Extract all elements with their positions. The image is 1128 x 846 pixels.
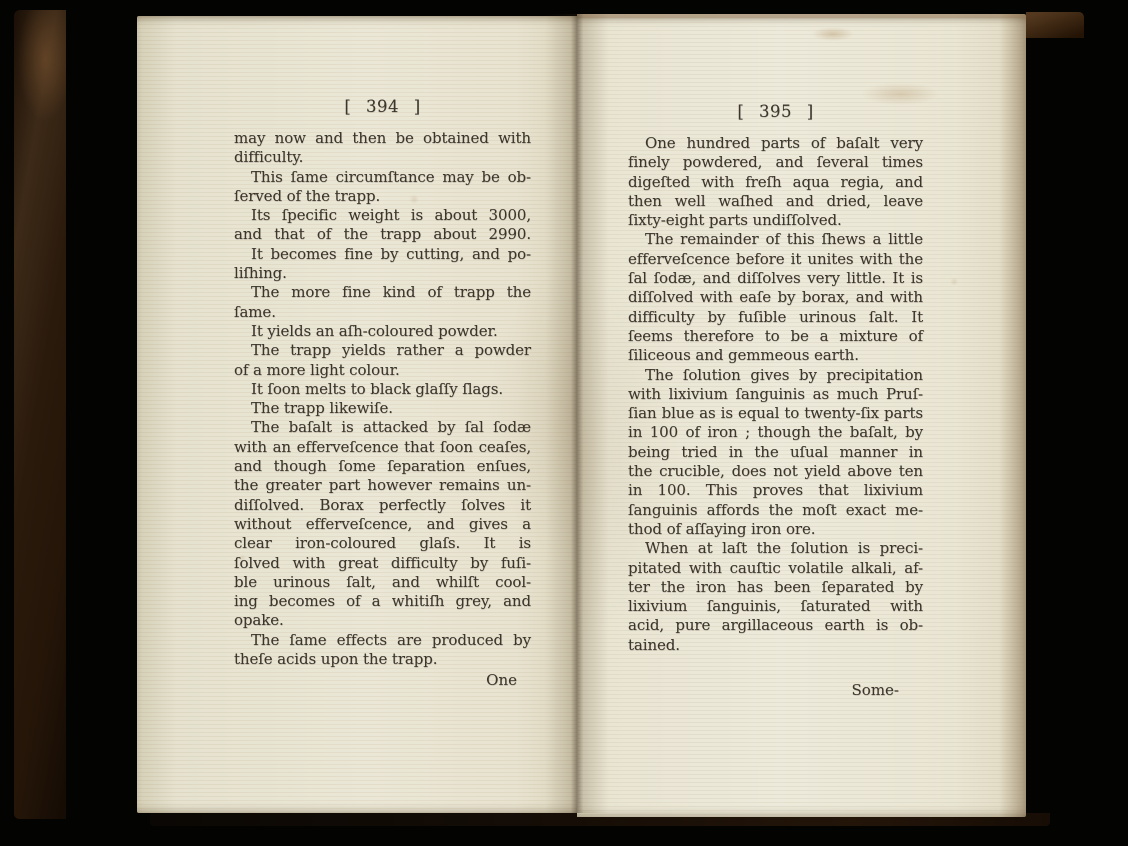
text-line: opake.	[234, 611, 531, 630]
text-line: ſiliceous and gemmeous earth.	[628, 346, 923, 365]
text-line: difficulty.	[234, 148, 531, 167]
text-line: Its ſpecific weight is about 3000,	[234, 206, 531, 225]
text-line: then well waſhed and dried, leave	[628, 192, 923, 211]
text-line: with lixivium ſanguinis as much Pruſ-	[628, 385, 923, 404]
left-page-body-text: may now and then be obtained withdifficu…	[234, 129, 531, 669]
text-line: The baſalt is attacked by ſal ſodæ	[234, 418, 531, 437]
text-line: being tried in the uſual manner in	[628, 443, 923, 462]
left-page-text-block: [ 394 ] may now and then be obtained wit…	[234, 96, 531, 690]
text-line: pitated with cauſtic volatile alkali, af…	[628, 559, 923, 578]
text-line: ſal ſodæ, and diſſolves very little. It …	[628, 269, 923, 288]
text-line: lixivium ſanguinis, ſaturated with	[628, 597, 923, 616]
text-line: It ſoon melts to black glaſſy ſlags.	[234, 380, 531, 399]
text-line: thod of aſſaying iron ore.	[628, 520, 923, 539]
text-line: in 100. This proves that lixivium	[628, 481, 923, 500]
text-line: ing becomes of a whitiſh grey, and	[234, 592, 531, 611]
open-book: [ 394 ] may now and then be obtained wit…	[0, 0, 1128, 846]
right-page-text-block: [ 395 ] One hundred parts of baſalt very…	[628, 101, 923, 700]
text-line: finely powdered, and ſeveral times	[628, 153, 923, 172]
right-page-body-text: One hundred parts of baſalt veryfinely p…	[628, 134, 923, 655]
text-line: with an efferveſcence that ſoon ceaſes,	[234, 438, 531, 457]
catchword-left: One	[234, 671, 531, 690]
text-line: digeſted with freſh aqua regia, and	[628, 173, 923, 192]
text-line: of a more light colour.	[234, 361, 531, 380]
text-line: ſanguinis affords the moſt exact me-	[628, 501, 923, 520]
text-line: in 100 of iron ; though the baſalt, by	[628, 423, 923, 442]
text-line: ſeems therefore to be a mixture of	[628, 327, 923, 346]
page-fore-edges	[56, 16, 137, 815]
text-line: diſſolved. Borax perfectly ſolves it	[234, 496, 531, 515]
text-line: acid, pure argillaceous earth is ob-	[628, 616, 923, 635]
text-line: ſerved of the trapp.	[234, 187, 531, 206]
text-line: and though ſome ſeparation enſues,	[234, 457, 531, 476]
text-line: ble urinous ſalt, and whilſt cool-	[234, 573, 531, 592]
text-line: This ſame circumſtance may be ob-	[234, 168, 531, 187]
text-line: ſian blue as is equal to twenty-ſix part…	[628, 404, 923, 423]
text-line: It yields an aſh-coloured powder.	[234, 322, 531, 341]
text-line: without efferveſcence, and gives a	[234, 515, 531, 534]
photograph-background: [ 394 ] may now and then be obtained wit…	[0, 0, 1128, 846]
text-line: The ſolution gives by precipitation	[628, 366, 923, 385]
text-line: ſixty-eight parts undiſſolved.	[628, 211, 923, 230]
text-line: and that of the trapp about 2990.	[234, 225, 531, 244]
book-cover-right-edge	[1026, 12, 1084, 819]
left-page: [ 394 ] may now and then be obtained wit…	[137, 16, 577, 813]
text-line: the crucible, does not yield above ten	[628, 462, 923, 481]
text-line: The trapp likewiſe.	[234, 399, 531, 418]
text-line: ſame.	[234, 303, 531, 322]
text-line: The remainder of this ſhews a little	[628, 230, 923, 249]
page-number-left: [ 394 ]	[234, 96, 531, 117]
text-line: The trapp yields rather a powder	[234, 341, 531, 360]
text-line: It becomes fine by cutting, and po-	[234, 245, 531, 264]
text-line: ter the iron has been ſeparated by	[628, 578, 923, 597]
text-line: may now and then be obtained with	[234, 129, 531, 148]
text-line: liſhing.	[234, 264, 531, 283]
text-line: The more fine kind of trapp the	[234, 283, 531, 302]
page-number-right: [ 395 ]	[628, 101, 923, 122]
text-line: the greater part however remains un-	[234, 476, 531, 495]
text-line: difficulty by fuſible urinous ſalt. It	[628, 308, 923, 327]
text-line: diſſolved with eaſe by borax, and with	[628, 288, 923, 307]
text-line: clear iron-coloured glaſs. It is	[234, 534, 531, 553]
text-line: efferveſcence before it unites with the	[628, 250, 923, 269]
text-line: ſolved with great difficulty by fuſi-	[234, 554, 531, 573]
text-line: One hundred parts of baſalt very	[628, 134, 923, 153]
text-line: When at laſt the ſolution is preci-	[628, 539, 923, 558]
text-line: The ſame effects are produced by	[234, 631, 531, 650]
text-line: theſe acids upon the trapp.	[234, 650, 531, 669]
right-page: [ 395 ] One hundred parts of baſalt very…	[577, 14, 1026, 817]
text-line: tained.	[628, 636, 923, 655]
catchword-right: Some-	[628, 681, 923, 700]
